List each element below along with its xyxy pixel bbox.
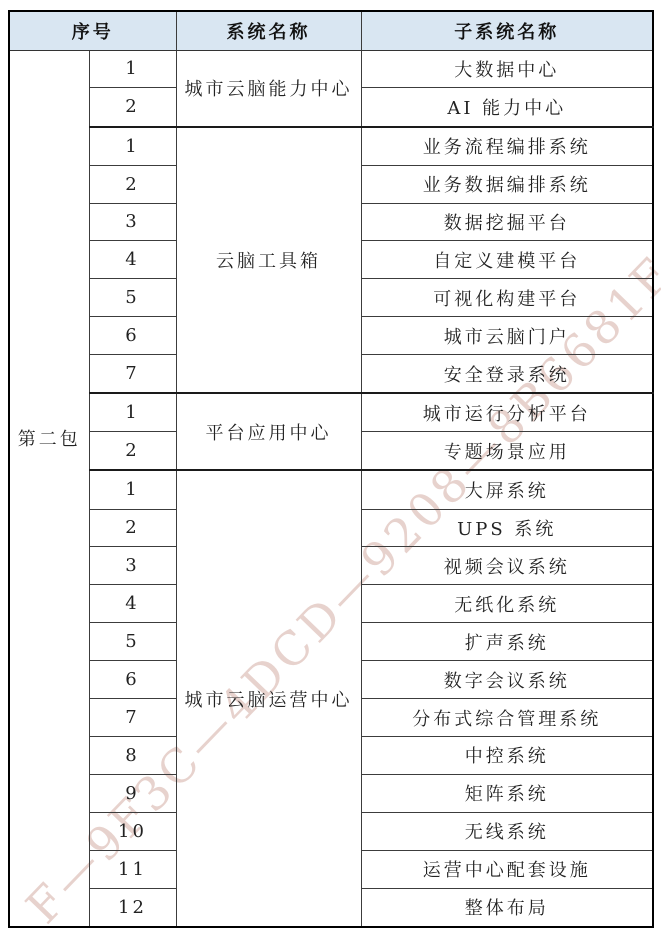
- row-number-cell: 6: [89, 317, 176, 355]
- system-name-cell: 平台应用中心: [176, 393, 361, 470]
- subsystem-name-cell: 数据挖掘平台: [361, 203, 653, 241]
- subsystem-name-cell: 专题场景应用: [361, 432, 653, 471]
- row-number-cell: 5: [89, 623, 176, 661]
- subsystem-name-cell: 无纸化系统: [361, 585, 653, 623]
- table-row: 1城市云脑运营中心大屏系统: [9, 470, 653, 509]
- header-cell-index: 序号: [9, 11, 176, 50]
- row-number-cell: 2: [89, 88, 176, 127]
- subsystem-name-cell: 安全登录系统: [361, 355, 653, 394]
- row-number-cell: 7: [89, 699, 176, 737]
- subsystem-name-cell: 自定义建模平台: [361, 241, 653, 279]
- subsystem-name-cell: 中控系统: [361, 737, 653, 775]
- row-number-cell: 2: [89, 165, 176, 203]
- subsystem-name-cell: 分布式综合管理系统: [361, 699, 653, 737]
- subsystem-name-cell: UPS 系统: [361, 509, 653, 547]
- subsystem-name-cell: 运营中心配套设施: [361, 850, 653, 888]
- row-number-cell: 2: [89, 509, 176, 547]
- subsystem-name-cell: 城市运行分析平台: [361, 393, 653, 432]
- subsystem-name-cell: 大屏系统: [361, 470, 653, 509]
- row-number-cell: 4: [89, 241, 176, 279]
- table-header: 序号 系统名称 子系统名称: [9, 11, 653, 50]
- table-row: 第二包1城市云脑能力中心大数据中心: [9, 50, 653, 88]
- subsystem-name-cell: 视频会议系统: [361, 547, 653, 585]
- row-number-cell: 5: [89, 279, 176, 317]
- row-number-cell: 3: [89, 203, 176, 241]
- table-row: 1云脑工具箱业务流程编排系统: [9, 127, 653, 166]
- subsystem-name-cell: 可视化构建平台: [361, 279, 653, 317]
- row-number-cell: 1: [89, 50, 176, 88]
- row-number-cell: 11: [89, 850, 176, 888]
- system-name-cell: 城市云脑能力中心: [176, 50, 361, 127]
- row-number-cell: 3: [89, 547, 176, 585]
- subsystem-name-cell: 矩阵系统: [361, 774, 653, 812]
- row-number-cell: 8: [89, 737, 176, 775]
- row-number-cell: 4: [89, 585, 176, 623]
- header-cell-subsystem: 子系统名称: [361, 11, 653, 50]
- subsystem-name-cell: AI 能力中心: [361, 88, 653, 127]
- row-number-cell: 1: [89, 470, 176, 509]
- table-row: 1平台应用中心城市运行分析平台: [9, 393, 653, 432]
- subsystem-name-cell: 业务流程编排系统: [361, 127, 653, 166]
- systems-table: 序号 系统名称 子系统名称 第二包1城市云脑能力中心大数据中心2AI 能力中心1…: [8, 10, 654, 928]
- header-cell-system: 系统名称: [176, 11, 361, 50]
- table-body: 第二包1城市云脑能力中心大数据中心2AI 能力中心1云脑工具箱业务流程编排系统2…: [9, 50, 653, 927]
- row-number-cell: 9: [89, 774, 176, 812]
- subsystem-name-cell: 整体布局: [361, 888, 653, 927]
- header-row: 序号 系统名称 子系统名称: [9, 11, 653, 50]
- row-number-cell: 1: [89, 127, 176, 166]
- document-page: F—9F3C—4DCD—9208—8B6681F 序号 系统名称 子系统名称 第…: [0, 0, 661, 934]
- package-label: 第二包: [10, 425, 89, 451]
- system-name-cell: 云脑工具箱: [176, 127, 361, 394]
- package-cell: 第二包: [9, 50, 89, 927]
- row-number-cell: 6: [89, 661, 176, 699]
- row-number-cell: 1: [89, 393, 176, 432]
- subsystem-name-cell: 大数据中心: [361, 50, 653, 88]
- row-number-cell: 12: [89, 888, 176, 927]
- row-number-cell: 2: [89, 432, 176, 471]
- subsystem-name-cell: 数字会议系统: [361, 661, 653, 699]
- subsystem-name-cell: 无线系统: [361, 812, 653, 850]
- subsystem-name-cell: 扩声系统: [361, 623, 653, 661]
- subsystem-name-cell: 业务数据编排系统: [361, 165, 653, 203]
- row-number-cell: 10: [89, 812, 176, 850]
- row-number-cell: 7: [89, 355, 176, 394]
- system-name-cell: 城市云脑运营中心: [176, 470, 361, 927]
- subsystem-name-cell: 城市云脑门户: [361, 317, 653, 355]
